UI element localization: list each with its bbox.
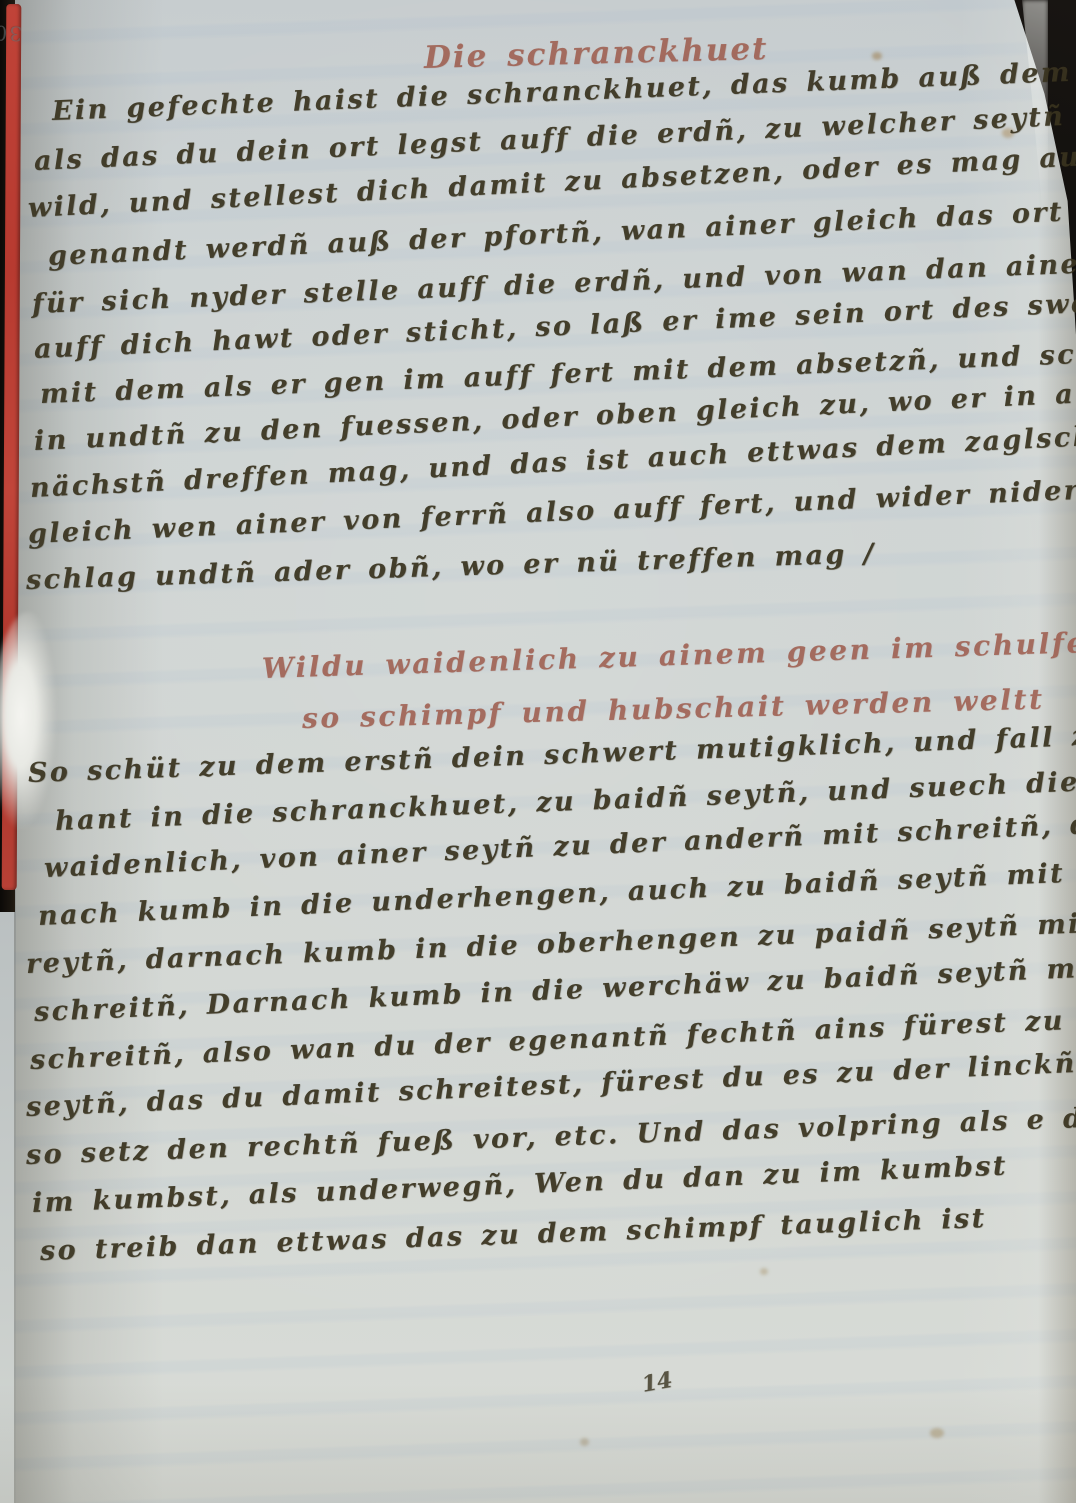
manuscript-photo: 30 Die schranckhuet Ein gefechte haist d… xyxy=(0,0,1076,1503)
foxing-stain xyxy=(580,1438,589,1446)
foxing-stain xyxy=(872,52,882,60)
pencil-folio-number: 30 xyxy=(0,20,23,46)
foxing-stain xyxy=(760,1268,768,1275)
parchment-page-lower-edge xyxy=(0,880,16,1503)
foxing-stain xyxy=(930,1428,944,1438)
quire-signature-mark: 14 xyxy=(640,1367,675,1398)
